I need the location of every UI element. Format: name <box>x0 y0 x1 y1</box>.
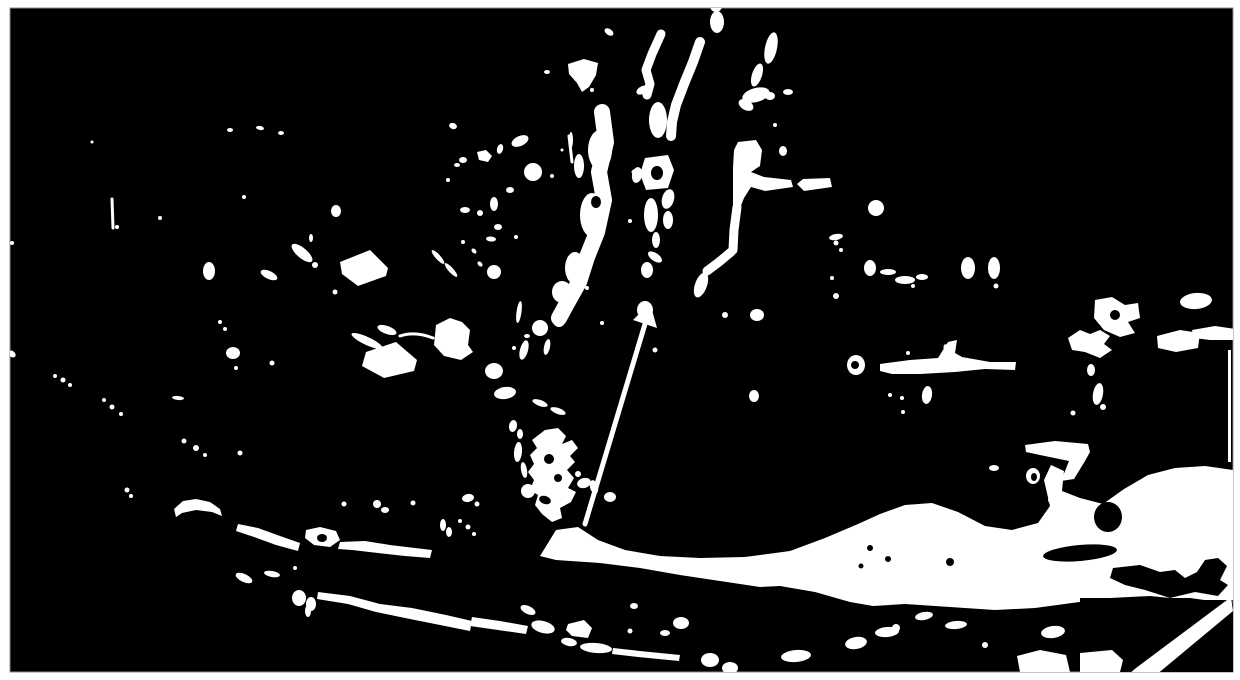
mask-white-region <box>373 500 381 508</box>
mask-black-region <box>859 564 864 569</box>
mask-black-region <box>544 454 554 464</box>
mask-white-region <box>663 211 673 229</box>
mask-white-region <box>1087 364 1095 376</box>
mask-white-region <box>454 163 460 167</box>
mask-white-region <box>119 412 123 416</box>
mask-white-region <box>701 653 719 667</box>
mask-white-region <box>331 205 341 217</box>
mask-white-region <box>895 276 915 284</box>
mask-white-region <box>110 405 115 410</box>
mask-white-region <box>524 163 542 181</box>
mask-white-region <box>982 642 988 648</box>
mask-white-region <box>773 123 777 127</box>
mask-white-region <box>446 527 452 537</box>
mask-black-region <box>1094 502 1122 532</box>
mask-white-region <box>292 590 306 606</box>
mask-white-region <box>750 309 764 321</box>
mask-white-region <box>710 0 722 12</box>
mask-white-region <box>91 141 94 144</box>
mask-black-region <box>1110 310 1120 320</box>
mask-white-region <box>988 257 1000 279</box>
mask-white-region <box>521 484 535 498</box>
mask-black-region <box>591 196 601 208</box>
mask-white-region <box>112 199 113 228</box>
mask-white-region <box>278 131 284 135</box>
mask-white-region <box>916 274 928 280</box>
mask-white-region <box>588 130 612 170</box>
mask-white-region <box>888 393 892 397</box>
mask-white-region <box>561 149 564 152</box>
mask-white-region <box>203 453 207 457</box>
mask-white-region <box>590 88 594 92</box>
mask-white-region <box>628 219 632 223</box>
mask-white-region <box>125 488 130 493</box>
mask-white-region <box>532 320 548 336</box>
mask-white-region <box>834 241 839 246</box>
mask-white-region <box>901 410 905 414</box>
mask-black-region <box>885 556 891 562</box>
mask-white-region <box>569 132 573 148</box>
mask-white-region <box>868 200 884 216</box>
mask-white-region <box>10 241 14 245</box>
mask-white-region <box>864 260 876 276</box>
mask-white-region <box>61 378 66 383</box>
mask-white-region <box>305 605 311 617</box>
mask-white-region <box>293 566 297 570</box>
mask-white-region <box>158 216 162 220</box>
mask-white-region <box>238 451 243 456</box>
page-margin <box>0 0 1240 680</box>
mask-white-region <box>553 315 565 327</box>
mask-white-region <box>575 471 581 477</box>
mask-white-region <box>270 361 275 366</box>
mask-white-region <box>783 89 793 95</box>
mask-white-region <box>461 240 465 244</box>
mask-white-region <box>733 207 737 250</box>
mask-white-region <box>880 269 896 275</box>
mask-white-region <box>68 383 72 387</box>
mask-white-region <box>628 629 633 634</box>
mask-white-region <box>487 265 501 279</box>
mask-white-region <box>333 290 338 295</box>
mask-white-region <box>440 519 446 531</box>
mask-white-region <box>749 390 759 402</box>
mask-white-region <box>514 235 518 239</box>
mask-white-region <box>490 197 498 211</box>
mask-white-region <box>833 293 839 299</box>
mask-white-region <box>649 102 667 138</box>
mask-white-region <box>312 262 318 268</box>
mask-white-region <box>722 312 728 318</box>
mask-white-region <box>906 351 910 355</box>
mask-white-region <box>242 195 246 199</box>
mask-white-region <box>466 525 471 530</box>
mask-white-region <box>102 398 106 402</box>
mask-white-region <box>765 92 775 100</box>
mask-black-region <box>1031 473 1037 481</box>
mask-white-region <box>900 396 904 400</box>
mask-white-region <box>652 232 660 248</box>
mask-white-region <box>604 492 616 502</box>
mask-white-region <box>477 210 483 216</box>
mask-white-region <box>552 281 572 303</box>
mask-white-region <box>223 327 227 331</box>
mask-white-region <box>660 630 670 636</box>
mask-white-region <box>911 284 915 288</box>
mask-white-region <box>475 502 480 507</box>
mask-white-region <box>472 532 476 536</box>
mask-white-region <box>129 494 133 498</box>
mask-white-region <box>989 465 999 471</box>
mask-white-region <box>839 248 843 252</box>
mask-white-region <box>517 429 523 439</box>
mask-white-region <box>494 224 502 230</box>
mask-black-region <box>317 534 327 542</box>
mask-white-region <box>227 128 233 132</box>
mask-white-region <box>411 501 416 506</box>
mask-white-region <box>446 178 450 182</box>
mask-black-region <box>946 558 954 566</box>
mask-white-region <box>644 198 658 232</box>
mask-white-region <box>710 11 724 33</box>
mask-white-region <box>506 187 514 193</box>
binary-change-map <box>0 0 1240 680</box>
mask-white-region <box>653 348 658 353</box>
mask-white-region <box>641 262 653 278</box>
mask-white-region <box>1071 411 1076 416</box>
mask-white-region <box>234 366 238 370</box>
mask-white-region <box>182 439 187 444</box>
mask-white-region <box>1228 350 1231 462</box>
mask-white-region <box>218 320 222 324</box>
mask-white-region <box>550 174 554 178</box>
mask-black-region <box>867 545 873 551</box>
mask-black-region <box>851 361 859 369</box>
mask-black-region <box>554 474 562 482</box>
mask-white-region <box>994 284 999 289</box>
mask-white-region <box>342 502 347 507</box>
mask-white-region <box>565 252 585 284</box>
mask-white-region <box>203 262 215 280</box>
mask-white-region <box>226 347 240 359</box>
mask-white-region <box>458 519 462 523</box>
mask-white-region <box>673 617 689 629</box>
mask-white-region <box>1100 404 1106 410</box>
mask-white-region <box>524 334 530 338</box>
mask-white-region <box>485 363 503 379</box>
mask-white-region <box>961 257 975 279</box>
mask-white-region <box>381 507 389 513</box>
mask-white-region <box>585 286 589 290</box>
mask-white-region <box>512 346 516 350</box>
mask-white-region <box>53 374 57 378</box>
mask-white-region <box>193 445 199 451</box>
mask-white-region <box>460 207 470 213</box>
mask-white-region <box>459 157 467 163</box>
mask-white-region <box>544 70 550 74</box>
mask-white-region <box>600 321 604 325</box>
mask-white-region <box>309 234 313 242</box>
mask-white-region <box>779 146 787 156</box>
mask-white-region <box>830 276 834 280</box>
mask-white-region <box>574 154 584 178</box>
mask-black-region <box>651 166 663 180</box>
mask-white-region <box>115 225 119 229</box>
mask-white-region <box>630 603 638 609</box>
